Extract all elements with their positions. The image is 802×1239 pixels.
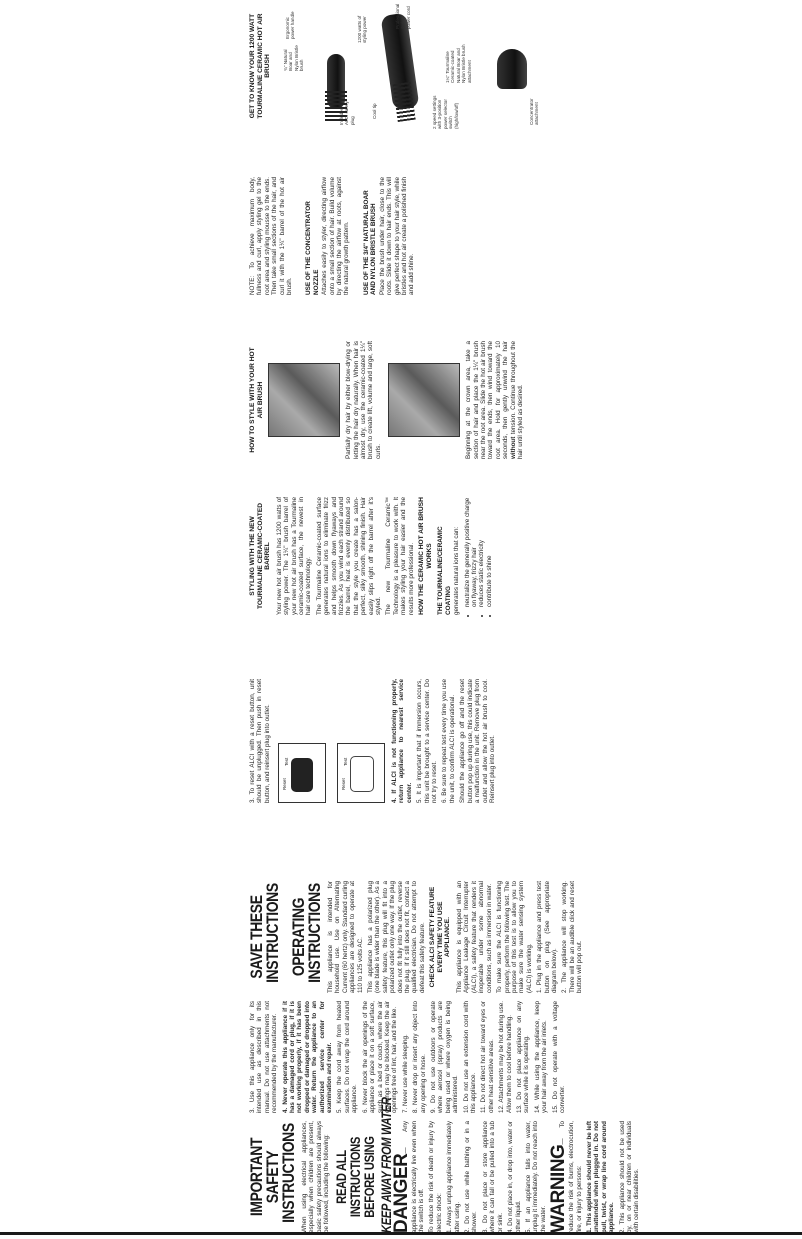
operating-text: This appliance is intended for household… bbox=[327, 881, 364, 993]
list-item: reduces static electricity bbox=[478, 497, 485, 607]
danger-heading: DANGER bbox=[391, 1154, 412, 1233]
safety-intro: When using electrical appliances, especi… bbox=[301, 1121, 331, 1233]
hair-photo-1 bbox=[268, 363, 340, 437]
operating-text: This appliance is equipped with an Appli… bbox=[456, 881, 493, 993]
reset-label: Reset bbox=[340, 778, 347, 790]
safety-item: 10. Do not use an extension cord with th… bbox=[463, 1001, 478, 1113]
label-concentrator: Concentrator attachment bbox=[529, 95, 540, 125]
check-alci-heading: CHECK ALCI SAFETY FEATURE EVERY TIME YOU… bbox=[429, 881, 452, 993]
operating-panel: SAVE THESE INSTRUCTIONS OPERATING INSTRU… bbox=[249, 881, 555, 993]
reset-label: Reset bbox=[281, 778, 288, 790]
warning-heading: WARNING bbox=[548, 1145, 569, 1233]
keep-away-heading: KEEP AWAY FROM WATER bbox=[379, 1143, 393, 1233]
label-watts: 1200 watts of styling power bbox=[357, 5, 368, 43]
danger-item: 5. If an appliance falls into water, unp… bbox=[525, 1121, 547, 1233]
danger-item: 4. Do not place in, or drop into, water … bbox=[507, 1121, 522, 1233]
alci-text: 6. Be sure to repeat test every time you… bbox=[441, 679, 456, 803]
operating-text: To make sure the ALCI is functioning pro… bbox=[496, 881, 533, 993]
style-text: Beginning at the crown area, take a sect… bbox=[465, 341, 524, 459]
how-works-title: HOW THE CERAMIC HOT AIR BRUSH WORKS bbox=[418, 497, 433, 615]
hair-photo-2 bbox=[388, 363, 460, 437]
alci-text: 3. To reset ALCI with a reset button, un… bbox=[249, 679, 271, 803]
tourmaline-title: STYLING WITH THE NEW TOURMALINE CERAMIC-… bbox=[249, 497, 272, 615]
tourmaline-text: The Tourmaline Ceramic-coated surface ge… bbox=[316, 497, 383, 615]
alci-text: 4. If ALCI is not functioning properly, … bbox=[391, 679, 413, 803]
warning-item: 2. This appliance should not be used by,… bbox=[619, 1121, 641, 1233]
product-diagram-panel: GET TO KNOW YOUR 1200 WATT TOURMALINE CE… bbox=[249, 3, 555, 129]
safety-item: 9. Do not use outdoors or operate where … bbox=[430, 1001, 460, 1113]
plug-icon bbox=[350, 756, 374, 792]
safety-item: 12. Attachments may be hot during use. A… bbox=[498, 1001, 513, 1113]
test-label: Test bbox=[342, 758, 349, 766]
test-label: Test bbox=[283, 758, 290, 766]
danger-item: 2. Do not use while bathing or in a show… bbox=[464, 1121, 479, 1233]
tourmaline-text: Your new hot air brush has 1200 watts of… bbox=[276, 497, 313, 615]
safety-item: 13. Do not place appliance on any surfac… bbox=[516, 1001, 531, 1113]
coating-intro: generates natural ions that can: bbox=[453, 497, 460, 615]
how-to-style-panel: HOW TO STYLE WITH YOUR HOT AIR BRUSH Par… bbox=[249, 341, 555, 459]
safety-item: 6. Never block the air openings of the a… bbox=[362, 1001, 399, 1113]
note-text: NOTE: To achieve maximum body, fullness … bbox=[249, 177, 293, 295]
label-large-brush: 1¼" Tourmaline Ceramic-coated Natural Bo… bbox=[445, 43, 472, 83]
style-text: Partially dry hair by either blow-drying… bbox=[345, 341, 382, 459]
coating-title: THE TOURMALINE/CERAMIC COATING bbox=[437, 497, 452, 615]
operating-text: 1. Plug in the appliance and press test … bbox=[536, 881, 558, 993]
coating-list: neutralize the generally positive charge… bbox=[464, 497, 494, 615]
safety-item: 4. Never operate this appliance if it ha… bbox=[282, 1001, 334, 1113]
alci-diagram-dark: Reset Test bbox=[278, 743, 326, 803]
tourmaline-text: The new Tourmaline Ceramic™ Technology i… bbox=[385, 497, 415, 615]
safety-item: 8. Never drop or insert any object into … bbox=[412, 1001, 427, 1113]
safety-item: 14. While using the appliance, keep your… bbox=[534, 1001, 549, 1113]
save-title: SAVE THESE INSTRUCTIONS bbox=[249, 891, 281, 983]
alci-panel: 3. To reset ALCI with a reset button, un… bbox=[249, 679, 555, 803]
bottom-rule bbox=[0, 1232, 802, 1235]
plug-icon bbox=[291, 758, 313, 792]
label-speed: 2 speed settings with 3-position power s… bbox=[432, 89, 459, 129]
label-small-brush: ¾" Natural Boar and Nylon Bristle brush bbox=[283, 41, 305, 71]
danger-item: 3. Do not place or store appliance where… bbox=[482, 1121, 504, 1233]
concentrator-title: USE OF THE CONCENTRATOR NOZZLE bbox=[305, 177, 320, 295]
manual-page: IMPORTANT SAFETY INSTRUCTIONS When using… bbox=[243, 0, 559, 1239]
read-all-heading: READ ALL INSTRUCTIONS BEFORE USING bbox=[334, 1132, 376, 1222]
label-alci-plug: Includes ALCI safety plug bbox=[339, 99, 355, 125]
warning-item: 1. This appliance should never be left u… bbox=[586, 1121, 616, 1233]
how-to-style-title: HOW TO STYLE WITH YOUR HOT AIR BRUSH bbox=[249, 341, 264, 459]
safety-panel: IMPORTANT SAFETY INSTRUCTIONS When using… bbox=[249, 1121, 555, 1233]
safety-item: 3. Use this appliance only for its inten… bbox=[249, 1001, 279, 1113]
product-title: GET TO KNOW YOUR 1200 WATT TOURMALINE CE… bbox=[249, 3, 272, 129]
label-cord: Professional swivel power cord bbox=[395, 5, 411, 29]
list-item: contribute to shine bbox=[486, 497, 493, 607]
danger-item: 1. Always unplug appliance immediately a… bbox=[446, 1121, 461, 1233]
operating-title: OPERATING INSTRUCTIONS bbox=[291, 891, 323, 983]
safety-item: 7. Never use while sleeping. bbox=[402, 1001, 409, 1113]
concentrator-text: Attaches easily to styler, directing air… bbox=[321, 177, 351, 295]
product-diagram: Ergonomic power handle 1200 watts of sty… bbox=[277, 3, 553, 129]
safety-title: IMPORTANT SAFETY INSTRUCTIONS bbox=[249, 1131, 297, 1223]
label-handle: Ergonomic power handle bbox=[285, 5, 296, 39]
list-item: neutralize the generally positive charge… bbox=[464, 497, 479, 607]
attachments-panel: NOTE: To achieve maximum body, fullness … bbox=[249, 177, 555, 295]
alci-text: Should the appliance go off and the rese… bbox=[459, 679, 496, 803]
label-cool-tip: Cool tip bbox=[372, 99, 377, 119]
alci-diagram-light: Reset Test bbox=[337, 743, 385, 803]
bristle-title: USE OF THE 3/4" NATURAL BOAR AND NYLON B… bbox=[363, 177, 378, 295]
safety-item: 5. Keep the cord away from heated surfac… bbox=[336, 1001, 358, 1113]
safety-item: 11. Do not direct hot air toward eyes or… bbox=[480, 1001, 495, 1113]
alci-text: 5. It is important that if immersion occ… bbox=[416, 679, 438, 803]
operating-text: This appliance has a polarized plug (one… bbox=[367, 881, 426, 993]
danger-reduce: To reduce the risk of death or injury by… bbox=[428, 1121, 443, 1233]
concentrator-icon bbox=[497, 49, 527, 89]
safety-item: 15. Do not operate with a voltage conver… bbox=[552, 1001, 567, 1113]
operating-text: 2. The appliance will stop working. Ther… bbox=[561, 881, 583, 993]
safety-continued-panel: 3. Use this appliance only for its inten… bbox=[249, 1001, 555, 1113]
tourmaline-panel: STYLING WITH THE NEW TOURMALINE CERAMIC-… bbox=[249, 497, 555, 615]
bristle-text: Place the brush under hair, close to the… bbox=[379, 177, 416, 295]
